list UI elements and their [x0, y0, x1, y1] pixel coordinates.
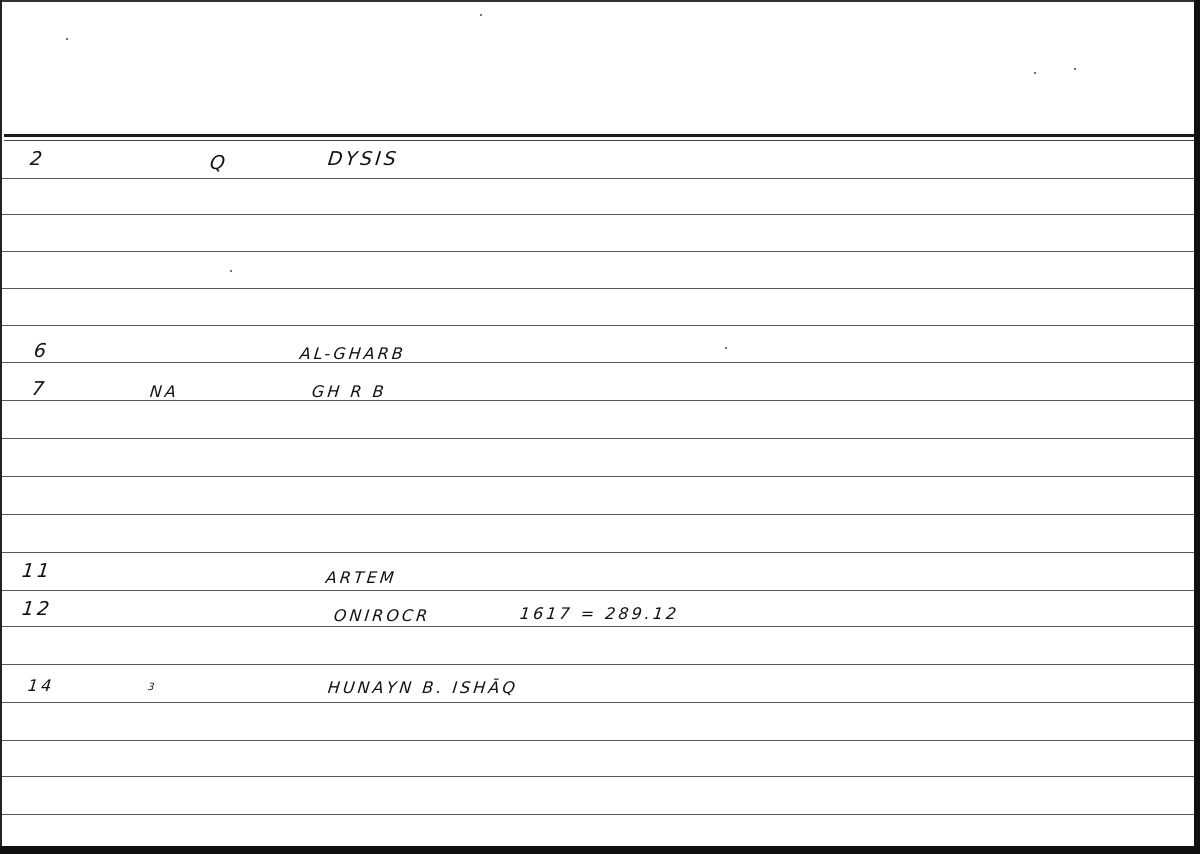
scan-speck	[1034, 72, 1036, 74]
ruled-line	[2, 626, 1194, 627]
ruled-line	[2, 325, 1194, 326]
card-right-edge	[1194, 0, 1200, 854]
scan-speck	[480, 14, 482, 16]
ruled-line	[2, 362, 1194, 363]
ruled-line	[2, 251, 1194, 252]
ruled-line	[2, 776, 1194, 777]
row-14-number: 14	[27, 676, 55, 695]
scan-speck	[1074, 68, 1076, 70]
row-7-number: 7	[31, 378, 48, 400]
ruled-line	[2, 552, 1194, 553]
ruled-line	[2, 514, 1194, 515]
row-6-number: 6	[33, 340, 50, 362]
row-2-entry: DYSIS	[327, 148, 400, 170]
row-12-number: 12	[21, 598, 53, 620]
scan-speck	[66, 38, 68, 40]
scan-speck	[230, 270, 232, 272]
row-11-number: 11	[21, 560, 53, 582]
ruled-line	[2, 214, 1194, 215]
ruled-line	[2, 702, 1194, 703]
card-bottom-edge	[0, 846, 1200, 854]
row-7-entry: GH R B	[311, 382, 388, 401]
ruled-line	[2, 590, 1194, 591]
row-6-entry: AL-GHARB	[299, 344, 407, 363]
row-12-entry: ONIROCR	[333, 606, 431, 625]
ruled-line	[2, 664, 1194, 665]
row-2-number: 2	[29, 148, 46, 170]
row-2-col2: Q	[209, 152, 229, 174]
row-12-note: 1617 = 289.12	[519, 604, 680, 623]
header-rule	[4, 134, 1194, 137]
index-card: 2 Q DYSIS 6 AL-GHARB 7 NA GH R B 11 ARTE…	[0, 0, 1200, 854]
ruled-line	[2, 476, 1194, 477]
row-14-col2: 3	[147, 682, 155, 693]
ruled-line	[2, 288, 1194, 289]
ruled-line	[2, 400, 1194, 401]
ruled-line	[2, 740, 1194, 741]
row-14-entry: HUNAYN B. ISHĀQ	[327, 678, 519, 697]
ruled-line	[2, 814, 1194, 815]
card-top-edge	[0, 0, 1200, 2]
header-rule-thin	[4, 140, 1194, 141]
ruled-line	[2, 438, 1194, 439]
ruled-line	[2, 178, 1194, 179]
scan-speck	[725, 347, 727, 349]
card-left-edge	[0, 0, 2, 854]
row-7-col2: NA	[149, 382, 180, 401]
row-11-entry: ARTEM	[325, 568, 398, 587]
